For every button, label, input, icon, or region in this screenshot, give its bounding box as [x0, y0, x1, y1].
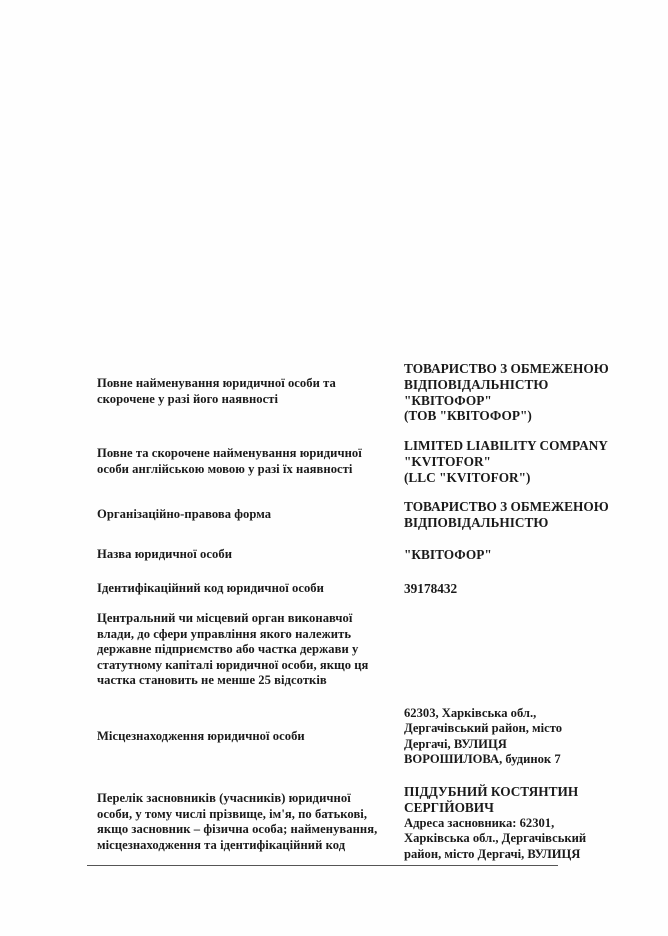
- label-full-name: Повне найменування юридичної особи та ск…: [97, 376, 387, 407]
- value-location: 62303, Харківська обл., Дергачівський ра…: [404, 706, 634, 768]
- value-entity-name: "КВІТОФОР": [404, 547, 634, 563]
- label-founders: Перелік засновників (учасників) юридично…: [97, 791, 387, 853]
- value-identification-code: 39178432: [404, 581, 634, 597]
- horizontal-divider: [87, 865, 558, 866]
- value-founder-name: ПІДДУБНИЙ КОСТЯНТИН СЕРГІЙОВИЧ: [404, 784, 634, 816]
- label-governing-authority: Центральний чи місцевий орган виконавчої…: [97, 611, 387, 689]
- label-identification-code: Ідентифікаційний код юридичної особи: [97, 581, 387, 597]
- value-english-name: LIMITED LIABILITY COMPANY "KVITOFOR" (LL…: [404, 438, 634, 485]
- value-legal-form: ТОВАРИСТВО З ОБМЕЖЕНОЮ ВІДПОВІДАЛЬНІСТЮ: [404, 499, 634, 531]
- label-english-name: Повне та скорочене найменування юридично…: [97, 446, 387, 477]
- label-entity-name: Назва юридичної особи: [97, 547, 387, 563]
- value-founder-address: Адреса засновника: 62301, Харківська обл…: [404, 816, 634, 862]
- value-full-name: ТОВАРИСТВО З ОБМЕЖЕНОЮ ВІДПОВІДАЛЬНІСТЮ …: [404, 361, 634, 424]
- label-location: Місцезнаходження юридичної особи: [97, 729, 387, 745]
- label-legal-form: Організаційно-правова форма: [97, 507, 387, 523]
